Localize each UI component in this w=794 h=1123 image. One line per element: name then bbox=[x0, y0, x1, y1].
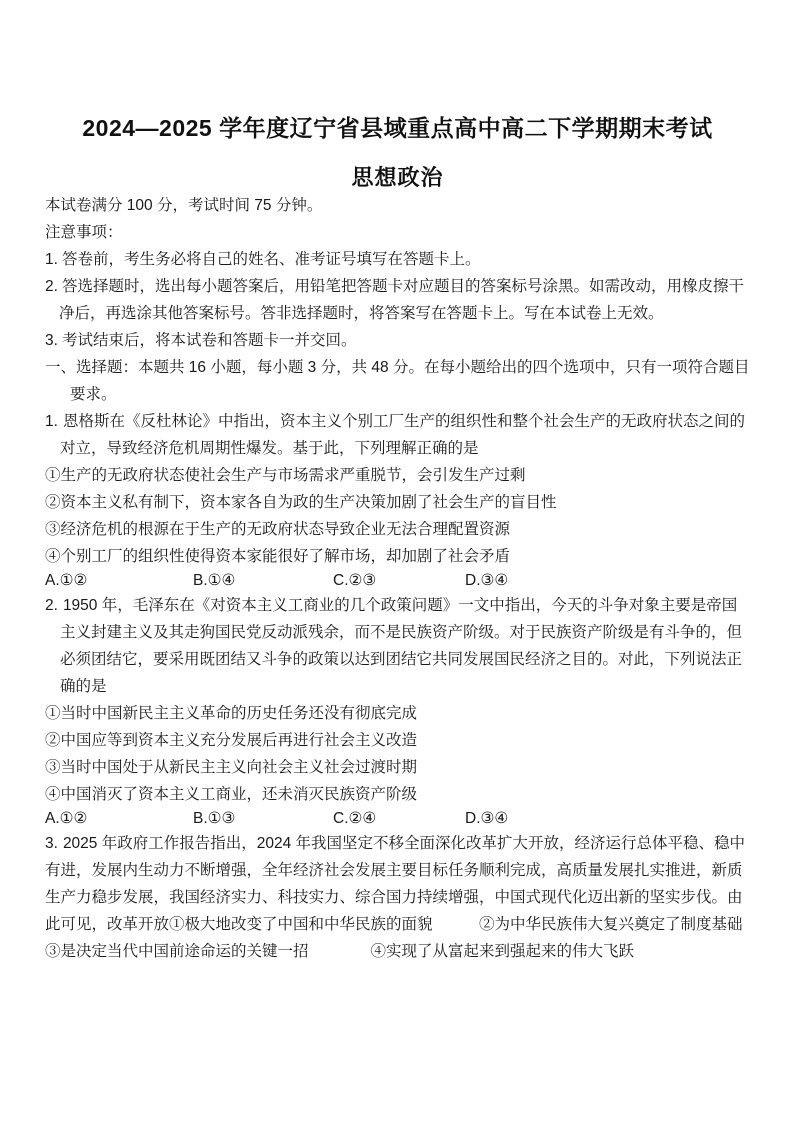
notice-item-text: 答选择题时，选出每小题答案后，用铅笔把答题卡对应题目的答案标号涂黑。如需改动，用… bbox=[59, 278, 744, 322]
question-stem-text: 2025 年政府工作报告指出，2024 年我国坚定不移全面深化改革扩大开放，经济… bbox=[45, 835, 745, 933]
notice-item-text: 考试结束后，将本试卷和答题卡一并交回。 bbox=[62, 332, 357, 349]
answer-option-b: B.①③ bbox=[193, 808, 333, 830]
exam-paper-page: 2024—2025 学年度辽宁省县域重点高中高二下学期期末考试 思想政治 本试卷… bbox=[0, 0, 794, 1123]
question-number: 1. bbox=[45, 413, 58, 430]
statement-line: ①生产的无政府状态使社会生产与市场需求严重脱节，会引发生产过剩 bbox=[45, 462, 750, 489]
answer-option-a: A.①② bbox=[45, 808, 193, 830]
multiple-choice-section: 一、选择题：本题共 16 小题，每小题 3 分，共 48 分。在每小题给出的四个… bbox=[45, 354, 750, 965]
page-title: 2024—2025 学年度辽宁省县域重点高中高二下学期期末考试 bbox=[45, 113, 750, 144]
question-1: 1.恩格斯在《反杜林论》中指出，资本主义个别工厂生产的组织性和整个社会生产的无政… bbox=[45, 408, 750, 592]
statement-line: ②中国应等到资本主义充分发展后再进行社会主义改造 bbox=[45, 727, 750, 754]
answer-option-b: B.①④ bbox=[193, 570, 333, 592]
statement-line: ④中国消灭了资本主义工商业，还未消灭民族资产阶级 bbox=[45, 781, 750, 808]
statement-line: ③经济危机的根源在于生产的无政府状态导致企业无法合理配置资源 bbox=[45, 516, 750, 543]
question-stem: 1.恩格斯在《反杜林论》中指出，资本主义个别工厂生产的组织性和整个社会生产的无政… bbox=[45, 408, 750, 462]
section-heading: 一、选择题：本题共 16 小题，每小题 3 分，共 48 分。在每小题给出的四个… bbox=[45, 354, 750, 408]
answer-option-d: D.③④ bbox=[465, 570, 508, 592]
answer-option-c: C.②③ bbox=[333, 570, 465, 592]
question-stem: 2.1950 年，毛泽东在《对资本主义工商业的几个政策问题》一文中指出，今天的斗… bbox=[45, 592, 750, 700]
question-stem: 3.2025 年政府工作报告指出，2024 年我国坚定不移全面深化改革扩大开放，… bbox=[45, 830, 750, 938]
notice-item: 1.答卷前，考生务必将自己的姓名、准考证号填写在答题卡上。 bbox=[45, 246, 750, 273]
statement-line: ②资本主义私有制下，资本家各自为政的生产决策加剧了社会生产的盲目性 bbox=[45, 489, 750, 516]
question-stem-text: 恩格斯在《反杜林论》中指出，资本主义个别工厂生产的组织性和整个社会生产的无政府状… bbox=[60, 413, 745, 457]
notice-item-number: 1. bbox=[45, 251, 58, 268]
notice-item: 3.考试结束后，将本试卷和答题卡一并交回。 bbox=[45, 327, 750, 354]
answer-options-row: A.①②B.①③C.②④D.③④ bbox=[45, 808, 750, 830]
question-number: 2. bbox=[45, 597, 58, 614]
question-2: 2.1950 年，毛泽东在《对资本主义工商业的几个政策问题》一文中指出，今天的斗… bbox=[45, 592, 750, 830]
statement-line: ④个别工厂的组织性使得资本家能很好了解市场，却加剧了社会矛盾 bbox=[45, 543, 750, 570]
notice-item-number: 2. bbox=[45, 278, 58, 295]
answer-option-a: A.①② bbox=[45, 570, 193, 592]
notice-section: 注意事项： 1.答卷前，考生务必将自己的姓名、准考证号填写在答题卡上。 2.答选… bbox=[45, 219, 750, 354]
statement-line: ③当时中国处于从新民主主义向社会主义社会过渡时期 bbox=[45, 754, 750, 781]
notice-item: 2.答选择题时，选出每小题答案后，用铅笔把答题卡对应题目的答案标号涂黑。如需改动… bbox=[45, 273, 750, 327]
question-number: 3. bbox=[45, 835, 58, 852]
question-3: 3.2025 年政府工作报告指出，2024 年我国坚定不移全面深化改革扩大开放，… bbox=[45, 830, 750, 965]
answer-option-c: C.②④ bbox=[333, 808, 465, 830]
notice-heading: 注意事项： bbox=[45, 219, 750, 246]
statement-line: ③是决定当代中国前途命运的关键一招 ④实现了从富起来到强起来的伟大飞跃 bbox=[45, 938, 750, 965]
notice-item-number: 3. bbox=[45, 332, 58, 349]
statement-line: ①当时中国新民主主义革命的历史任务还没有彻底完成 bbox=[45, 700, 750, 727]
answer-option-d: D.③④ bbox=[465, 808, 508, 830]
answer-options-row: A.①②B.①④C.②③D.③④ bbox=[45, 570, 750, 592]
question-stem-text: 1950 年，毛泽东在《对资本主义工商业的几个政策问题》一文中指出，今天的斗争对… bbox=[60, 597, 742, 695]
exam-subject-title: 思想政治 bbox=[45, 164, 750, 192]
exam-info: 本试卷满分 100 分，考试时间 75 分钟。 bbox=[45, 192, 750, 219]
notice-item-text: 答卷前，考生务必将自己的姓名、准考证号填写在答题卡上。 bbox=[62, 251, 481, 268]
